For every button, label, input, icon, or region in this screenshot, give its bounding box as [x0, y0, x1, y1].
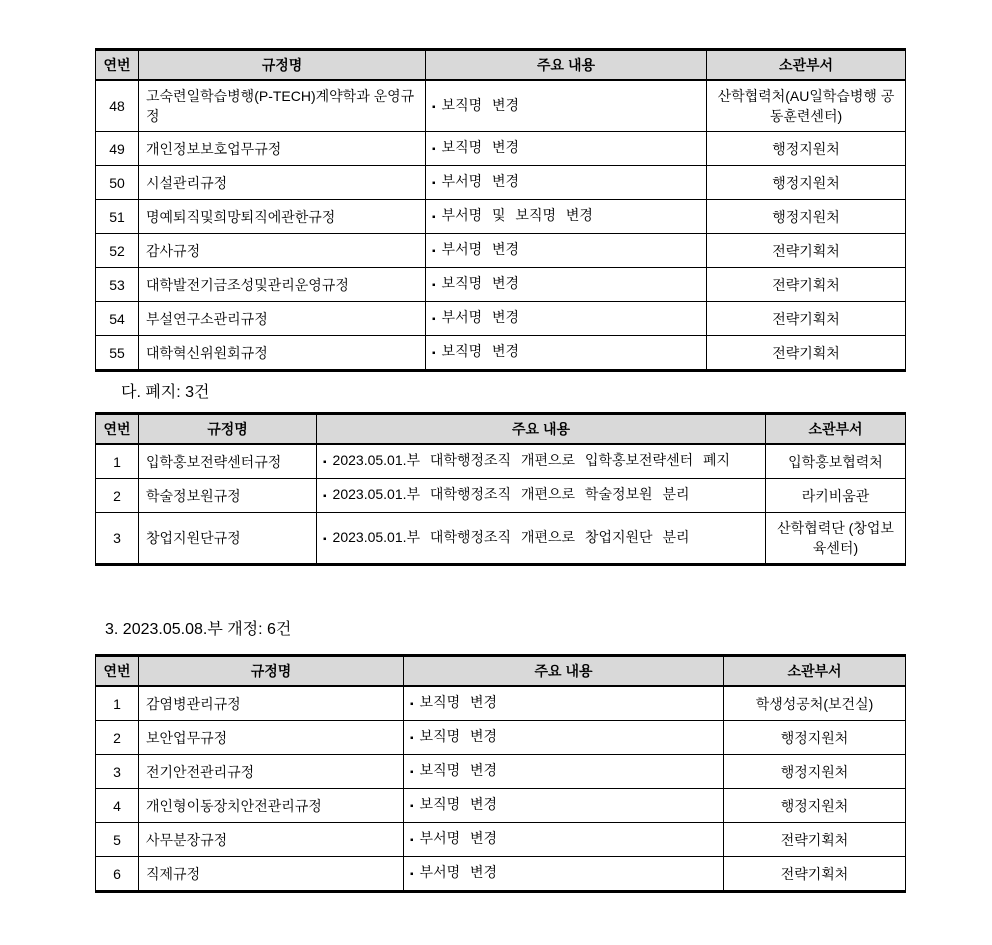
- regulation-name-cell: 부설연구소관리규정: [139, 302, 426, 336]
- square-bullet-icon: ▪: [323, 457, 327, 468]
- content-text: 보직명 변경: [442, 343, 520, 359]
- regulation-name-cell: 학술정보원규정: [139, 479, 317, 513]
- content-text: 보직명 변경: [420, 796, 498, 812]
- main-content-cell: ▪2023.05.01.부 대학행정조직 개편으로 입학홍보전략센터 폐지: [317, 444, 766, 479]
- row-number-cell: 50: [96, 166, 139, 200]
- square-bullet-icon: ▪: [432, 348, 436, 359]
- regulation-name-cell: 감염병관리규정: [139, 686, 404, 721]
- table-row: 54부설연구소관리규정▪부서명 변경전략기획처: [96, 302, 906, 336]
- main-content-cell: ▪보직명 변경: [426, 268, 707, 302]
- content-text: 부서명 변경: [442, 241, 520, 257]
- table-row: 48고숙련일학습병행(P-TECH)계약학과 운영규정▪보직명 변경산학협력처(…: [96, 80, 906, 132]
- square-bullet-icon: ▪: [323, 534, 327, 545]
- main-content-cell: ▪부서명 및 보직명 변경: [426, 200, 707, 234]
- table-row: 49개인정보보호업무규정▪보직명 변경행정지원처: [96, 132, 906, 166]
- department-cell: 산학협력단 (창업보육센터): [766, 513, 906, 565]
- department-cell: 행정지원처: [707, 132, 906, 166]
- amendments-48-55-table: 연번규정명주요 내용소관부서48고숙련일학습병행(P-TECH)계약학과 운영규…: [95, 48, 906, 372]
- column-header-3: 소관부서: [766, 414, 906, 445]
- regulation-name-cell: 창업지원단규정: [139, 513, 317, 565]
- table-header-row: 연번규정명주요 내용소관부서: [96, 414, 906, 445]
- content-text: 보직명 변경: [442, 275, 520, 291]
- department-cell: 전략기획처: [707, 268, 906, 302]
- table-header-row: 연번규정명주요 내용소관부서: [96, 656, 906, 687]
- row-number-cell: 5: [96, 823, 139, 857]
- department-cell: 행정지원처: [724, 721, 906, 755]
- department-cell: 전략기획처: [724, 823, 906, 857]
- content-text: 2023.05.01.부 대학행정조직 개편으로 학술정보원 분리: [333, 486, 690, 502]
- department-cell: 산학협력처(AU일학습병행 공동훈련센터): [707, 80, 906, 132]
- main-content-cell: ▪보직명 변경: [404, 789, 724, 823]
- department-cell: 행정지원처: [724, 789, 906, 823]
- regulation-name-cell: 개인형이동장치안전관리규정: [139, 789, 404, 823]
- regulation-name-cell: 사무분장규정: [139, 823, 404, 857]
- main-content-cell: ▪부서명 변경: [426, 302, 707, 336]
- regulation-name-cell: 감사규정: [139, 234, 426, 268]
- column-header-3: 소관부서: [707, 50, 906, 81]
- row-number-cell: 54: [96, 302, 139, 336]
- main-content-cell: ▪보직명 변경: [404, 721, 724, 755]
- column-header-2: 주요 내용: [426, 50, 707, 81]
- column-header-2: 주요 내용: [404, 656, 724, 687]
- department-cell: 전략기획처: [707, 336, 906, 371]
- regulation-name-cell: 명예퇴직및희망퇴직에관한규정: [139, 200, 426, 234]
- regulation-name-cell: 고숙련일학습병행(P-TECH)계약학과 운영규정: [139, 80, 426, 132]
- table-row: 51명예퇴직및희망퇴직에관한규정▪부서명 및 보직명 변경행정지원처: [96, 200, 906, 234]
- main-content-cell: ▪보직명 변경: [404, 686, 724, 721]
- square-bullet-icon: ▪: [432, 246, 436, 257]
- content-text: 부서명 변경: [420, 830, 498, 846]
- content-text: 부서명 변경: [442, 309, 520, 325]
- row-number-cell: 48: [96, 80, 139, 132]
- department-cell: 전략기획처: [707, 302, 906, 336]
- content-text: 부서명 변경: [442, 173, 520, 189]
- table-row: 5사무분장규정▪부서명 변경전략기획처: [96, 823, 906, 857]
- square-bullet-icon: ▪: [432, 212, 436, 223]
- regulation-name-cell: 대학발전기금조성및관리운영규정: [139, 268, 426, 302]
- table-row: 52감사규정▪부서명 변경전략기획처: [96, 234, 906, 268]
- table-row: 2보안업무규정▪보직명 변경행정지원처: [96, 721, 906, 755]
- column-header-3: 소관부서: [724, 656, 906, 687]
- content-text: 보직명 변경: [420, 694, 498, 710]
- main-content-cell: ▪부서명 변경: [426, 234, 707, 268]
- department-cell: 행정지원처: [707, 200, 906, 234]
- section-heading-repeal: 다. 폐지: 3건: [121, 379, 210, 402]
- regulation-name-cell: 개인정보보호업무규정: [139, 132, 426, 166]
- section-heading-amendment-20230508: 3. 2023.05.08.부 개정: 6건: [105, 616, 291, 639]
- table-row: 53대학발전기금조성및관리운영규정▪보직명 변경전략기획처: [96, 268, 906, 302]
- row-number-cell: 53: [96, 268, 139, 302]
- square-bullet-icon: ▪: [432, 280, 436, 291]
- square-bullet-icon: ▪: [410, 801, 414, 812]
- department-cell: 전략기획처: [724, 857, 906, 892]
- column-header-1: 규정명: [139, 50, 426, 81]
- amendment-20230508-table: 연번규정명주요 내용소관부서1감염병관리규정▪보직명 변경학생성공처(보건실)2…: [95, 654, 906, 893]
- square-bullet-icon: ▪: [432, 178, 436, 189]
- table-row: 3전기안전관리규정▪보직명 변경행정지원처: [96, 755, 906, 789]
- row-number-cell: 2: [96, 721, 139, 755]
- row-number-cell: 6: [96, 857, 139, 892]
- department-cell: 행정지원처: [724, 755, 906, 789]
- main-content-cell: ▪보직명 변경: [426, 80, 707, 132]
- main-content-cell: ▪보직명 변경: [404, 755, 724, 789]
- main-content-cell: ▪2023.05.01.부 대학행정조직 개편으로 창업지원단 분리: [317, 513, 766, 565]
- main-content-cell: ▪부서명 변경: [404, 823, 724, 857]
- square-bullet-icon: ▪: [410, 767, 414, 778]
- regulation-name-cell: 보안업무규정: [139, 721, 404, 755]
- regulation-name-cell: 전기안전관리규정: [139, 755, 404, 789]
- square-bullet-icon: ▪: [410, 869, 414, 880]
- column-header-1: 규정명: [139, 656, 404, 687]
- department-cell: 전략기획처: [707, 234, 906, 268]
- row-number-cell: 1: [96, 444, 139, 479]
- column-header-1: 규정명: [139, 414, 317, 445]
- content-text: 보직명 변경: [442, 139, 520, 155]
- department-cell: 학생성공처(보건실): [724, 686, 906, 721]
- table-row: 3창업지원단규정▪2023.05.01.부 대학행정조직 개편으로 창업지원단 …: [96, 513, 906, 565]
- table-row: 6직제규정▪부서명 변경전략기획처: [96, 857, 906, 892]
- table-row: 55대학혁신위원회규정▪보직명 변경전략기획처: [96, 336, 906, 371]
- table-row: 4개인형이동장치안전관리규정▪보직명 변경행정지원처: [96, 789, 906, 823]
- document-page: 연번규정명주요 내용소관부서48고숙련일학습병행(P-TECH)계약학과 운영규…: [0, 0, 992, 945]
- square-bullet-icon: ▪: [410, 835, 414, 846]
- table-header-row: 연번규정명주요 내용소관부서: [96, 50, 906, 81]
- square-bullet-icon: ▪: [432, 102, 436, 113]
- content-text: 부서명 변경: [420, 864, 498, 880]
- row-number-cell: 1: [96, 686, 139, 721]
- repeal-table: 연번규정명주요 내용소관부서1입학홍보전략센터규정▪2023.05.01.부 대…: [95, 412, 906, 566]
- content-text: 보직명 변경: [442, 97, 520, 113]
- row-number-cell: 52: [96, 234, 139, 268]
- row-number-cell: 4: [96, 789, 139, 823]
- department-cell: 라키비움관: [766, 479, 906, 513]
- content-text: 보직명 변경: [420, 728, 498, 744]
- regulation-name-cell: 시설관리규정: [139, 166, 426, 200]
- content-text: 2023.05.01.부 대학행정조직 개편으로 입학홍보전략센터 폐지: [333, 452, 731, 468]
- column-header-2: 주요 내용: [317, 414, 766, 445]
- content-text: 부서명 및 보직명 변경: [442, 207, 593, 223]
- table-row: 1감염병관리규정▪보직명 변경학생성공처(보건실): [96, 686, 906, 721]
- department-cell: 입학홍보협력처: [766, 444, 906, 479]
- table-row: 1입학홍보전략센터규정▪2023.05.01.부 대학행정조직 개편으로 입학홍…: [96, 444, 906, 479]
- column-header-0: 연번: [96, 414, 139, 445]
- column-header-0: 연번: [96, 50, 139, 81]
- main-content-cell: ▪부서명 변경: [426, 166, 707, 200]
- regulation-name-cell: 대학혁신위원회규정: [139, 336, 426, 371]
- main-content-cell: ▪부서명 변경: [404, 857, 724, 892]
- content-text: 보직명 변경: [420, 762, 498, 778]
- row-number-cell: 51: [96, 200, 139, 234]
- square-bullet-icon: ▪: [432, 314, 436, 325]
- table-row: 2학술정보원규정▪2023.05.01.부 대학행정조직 개편으로 학술정보원 …: [96, 479, 906, 513]
- square-bullet-icon: ▪: [432, 144, 436, 155]
- table-row: 50시설관리규정▪부서명 변경행정지원처: [96, 166, 906, 200]
- main-content-cell: ▪보직명 변경: [426, 336, 707, 371]
- regulation-name-cell: 입학홍보전략센터규정: [139, 444, 317, 479]
- content-text: 2023.05.01.부 대학행정조직 개편으로 창업지원단 분리: [333, 529, 690, 545]
- department-cell: 행정지원처: [707, 166, 906, 200]
- row-number-cell: 2: [96, 479, 139, 513]
- main-content-cell: ▪보직명 변경: [426, 132, 707, 166]
- column-header-0: 연번: [96, 656, 139, 687]
- square-bullet-icon: ▪: [410, 699, 414, 710]
- main-content-cell: ▪2023.05.01.부 대학행정조직 개편으로 학술정보원 분리: [317, 479, 766, 513]
- row-number-cell: 3: [96, 755, 139, 789]
- row-number-cell: 55: [96, 336, 139, 371]
- row-number-cell: 3: [96, 513, 139, 565]
- square-bullet-icon: ▪: [323, 491, 327, 502]
- row-number-cell: 49: [96, 132, 139, 166]
- regulation-name-cell: 직제규정: [139, 857, 404, 892]
- square-bullet-icon: ▪: [410, 733, 414, 744]
